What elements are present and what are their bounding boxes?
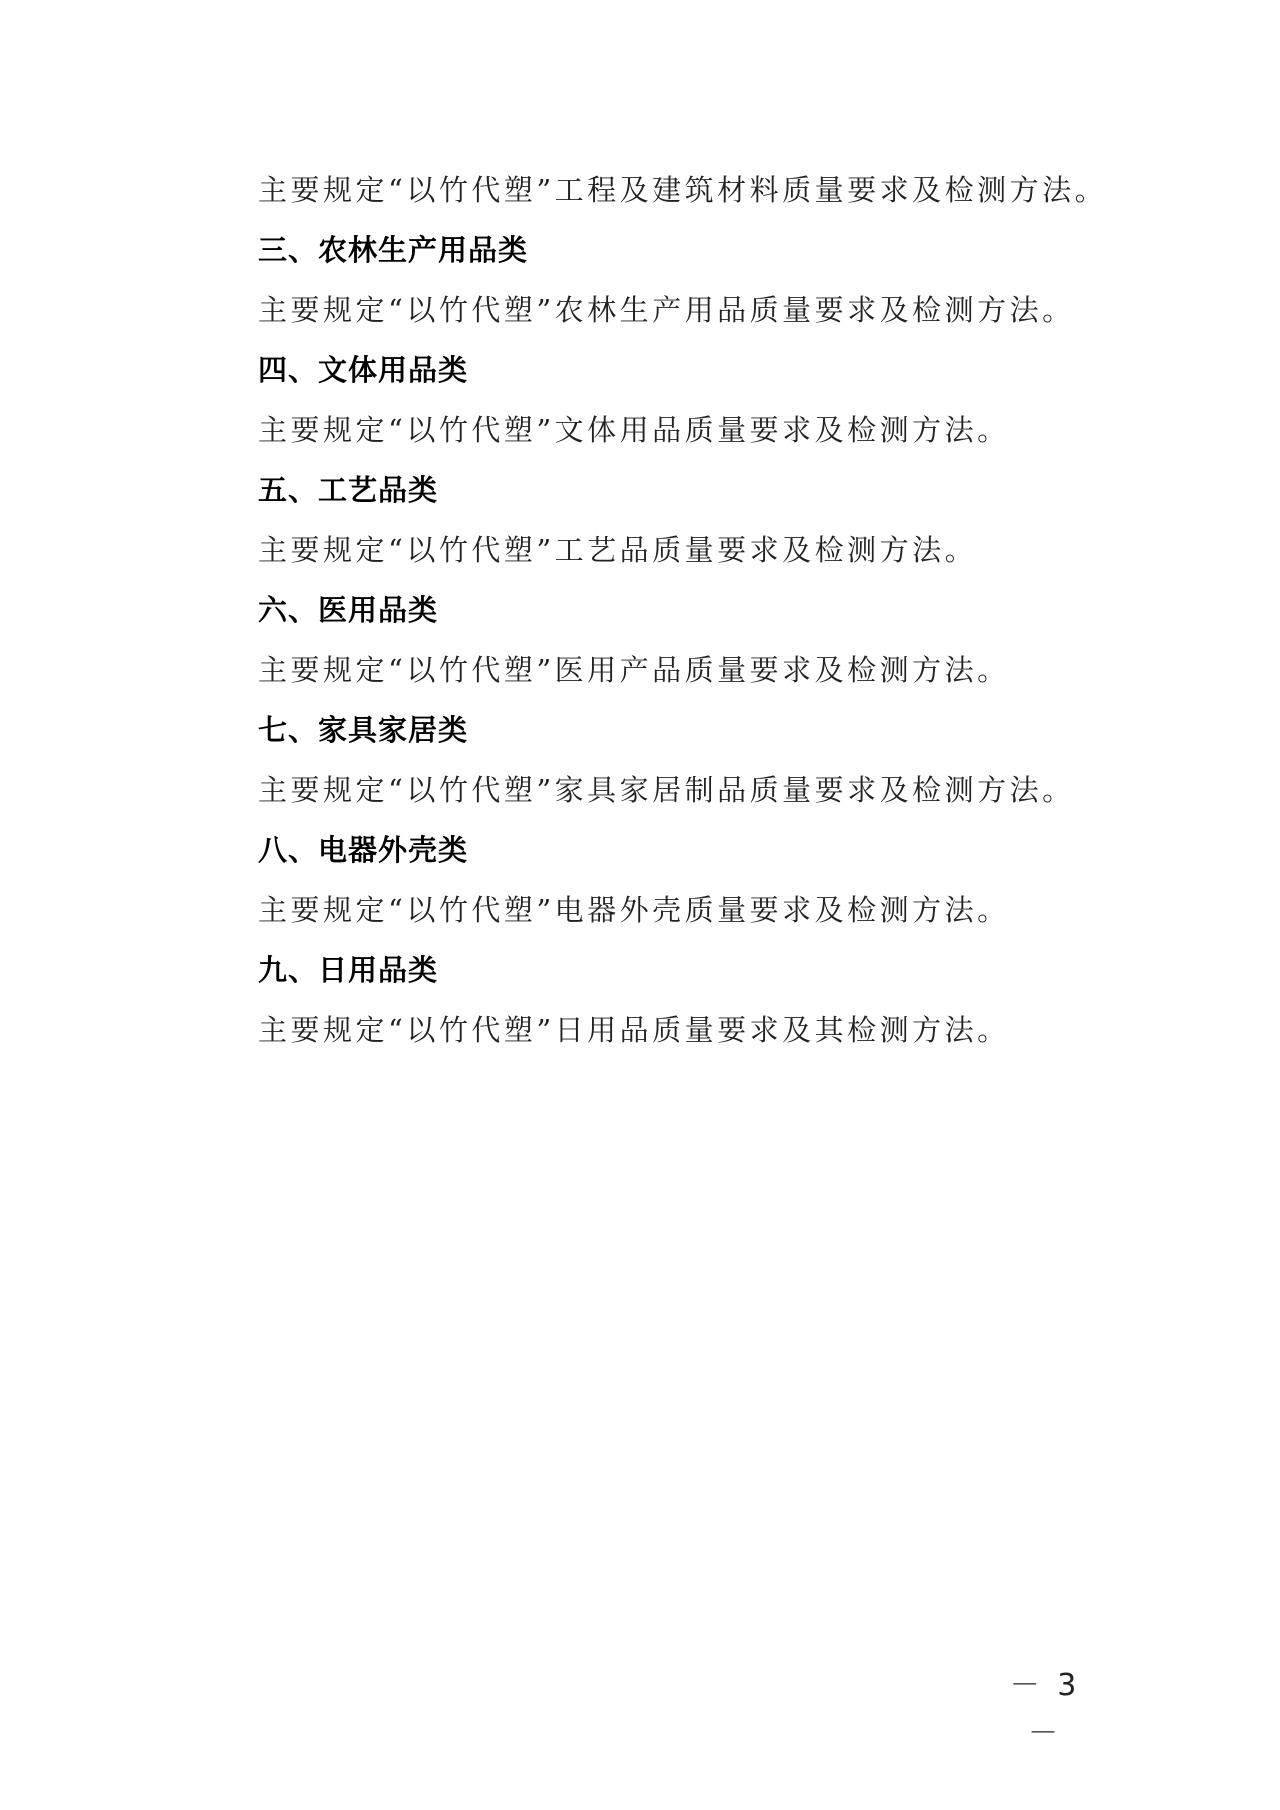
section-heading-4-sports-culture: 四、文体用品类 <box>258 340 468 400</box>
paragraph-furniture-home: 主要规定“以竹代塑”家具家居制品质量要求及检测方法。 <box>258 760 1075 820</box>
paragraph-appliance-housing: 主要规定“以竹代塑”电器外壳质量要求及检测方法。 <box>258 880 1010 940</box>
section-heading-7-furniture-home: 七、家具家居类 <box>258 700 468 760</box>
page-number: － 3 － <box>1000 1662 1090 1710</box>
paragraph-crafts: 主要规定“以竹代塑”工艺品质量要求及检测方法。 <box>258 520 977 580</box>
paragraph-construction-materials: 主要规定“以竹代塑”工程及建筑材料质量要求及检测方法。 <box>258 160 1107 220</box>
section-heading-8-appliance-housing: 八、电器外壳类 <box>258 820 468 880</box>
paragraph-daily-goods: 主要规定“以竹代塑”日用品质量要求及其检测方法。 <box>258 1000 1010 1060</box>
section-heading-9-daily-goods: 九、日用品类 <box>258 940 438 1000</box>
section-heading-6-medical: 六、医用品类 <box>258 580 438 640</box>
paragraph-agriculture-forestry: 主要规定“以竹代塑”农林生产用品质量要求及检测方法。 <box>258 280 1075 340</box>
section-heading-3-agriculture-forestry: 三、农林生产用品类 <box>258 220 528 280</box>
paragraph-medical: 主要规定“以竹代塑”医用产品质量要求及检测方法。 <box>258 640 1010 700</box>
section-heading-5-crafts: 五、工艺品类 <box>258 460 438 520</box>
paragraph-sports-culture: 主要规定“以竹代塑”文体用品质量要求及检测方法。 <box>258 400 1010 460</box>
document-page: 主要规定“以竹代塑”工程及建筑材料质量要求及检测方法。 三、农林生产用品类 主要… <box>0 0 1280 1810</box>
